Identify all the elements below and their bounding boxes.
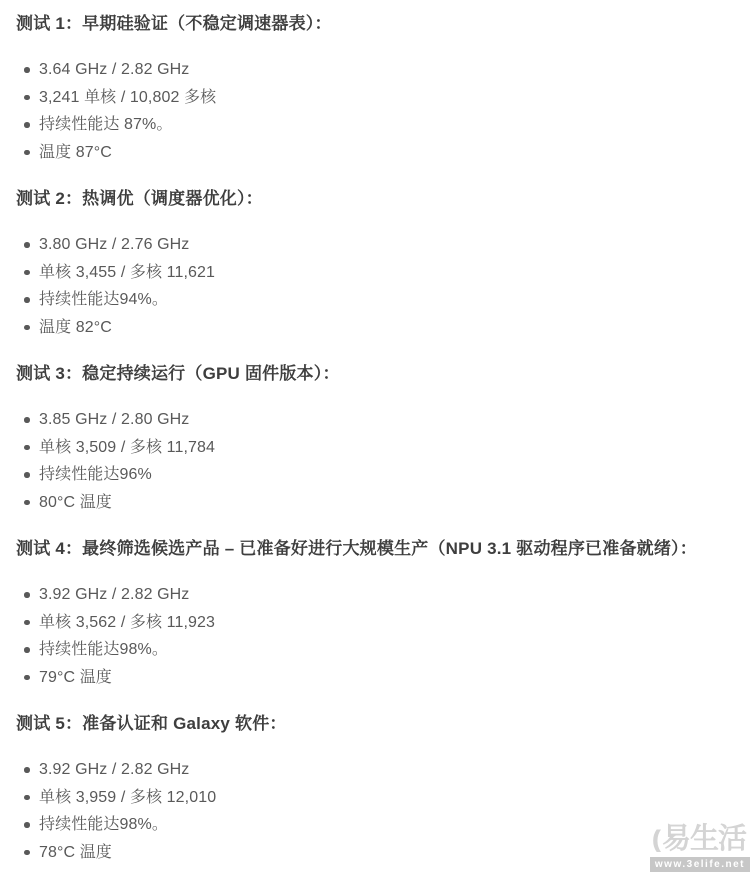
- bullet-dot-icon: [24, 850, 30, 856]
- list-item: 持续性能达96%: [16, 461, 730, 489]
- list-item: 单核 3,509 / 多核 11,784: [16, 434, 730, 462]
- bullet-dot-icon: [24, 242, 30, 248]
- list-item: 温度 87°C: [16, 139, 730, 167]
- spec-list: 3.92 GHz / 2.82 GHz 单核 3,959 / 多核 12,010…: [16, 756, 730, 866]
- bullet-dot-icon: [24, 150, 30, 156]
- spec-list: 3.85 GHz / 2.80 GHz 单核 3,509 / 多核 11,784…: [16, 406, 730, 516]
- watermark-url: www.3elife.net: [650, 857, 750, 872]
- spec-text: 单核 3,509 / 多核 11,784: [39, 439, 215, 456]
- list-item: 温度 82°C: [16, 314, 730, 342]
- watermark-logo-text: 易生活: [662, 823, 746, 855]
- spec-text: 持续性能达94%。: [39, 291, 168, 308]
- spec-list: 3.64 GHz / 2.82 GHz 3,241 单核 / 10,802 多核…: [16, 56, 730, 166]
- spec-text: 持续性能达98%。: [39, 641, 168, 658]
- spec-text: 78°C 温度: [39, 844, 112, 861]
- list-item: 持续性能达 87%。: [16, 111, 730, 139]
- bullet-dot-icon: [24, 500, 30, 506]
- test-section-1: 测试 1：早期硅验证（不稳定调速器表）： 3.64 GHz / 2.82 GHz…: [16, 12, 730, 166]
- list-item: 3.85 GHz / 2.80 GHz: [16, 406, 730, 434]
- sound-wave-icon: ((: [652, 826, 662, 853]
- test-section-2: 测试 2：热调优（调度器优化）： 3.80 GHz / 2.76 GHz 单核 …: [16, 187, 730, 341]
- section-title: 测试 4：最终筛选候选产品 – 已准备好进行大规模生产（NPU 3.1 驱动程序…: [16, 537, 730, 560]
- bullet-dot-icon: [24, 270, 30, 276]
- article-content: 测试 1：早期硅验证（不稳定调速器表）： 3.64 GHz / 2.82 GHz…: [0, 0, 750, 874]
- spec-text: 3,241 单核 / 10,802 多核: [39, 89, 216, 106]
- bullet-dot-icon: [24, 67, 30, 73]
- spec-text: 79°C 温度: [39, 669, 112, 686]
- bullet-dot-icon: [24, 472, 30, 478]
- spec-text: 3.85 GHz / 2.80 GHz: [39, 411, 189, 428]
- bullet-dot-icon: [24, 417, 30, 423]
- spec-text: 持续性能达96%: [39, 466, 152, 483]
- list-item: 持续性能达94%。: [16, 286, 730, 314]
- bullet-dot-icon: [24, 445, 30, 451]
- section-title: 测试 3：稳定持续运行（GPU 固件版本）：: [16, 362, 730, 385]
- spec-text: 单核 3,562 / 多核 11,923: [39, 614, 215, 631]
- list-item: 3.64 GHz / 2.82 GHz: [16, 56, 730, 84]
- bullet-dot-icon: [24, 297, 30, 303]
- list-item: 3,241 单核 / 10,802 多核: [16, 84, 730, 112]
- test-section-5: 测试 5：准备认证和 Galaxy 软件： 3.92 GHz / 2.82 GH…: [16, 712, 730, 866]
- test-section-4: 测试 4：最终筛选候选产品 – 已准备好进行大规模生产（NPU 3.1 驱动程序…: [16, 537, 730, 691]
- list-item: 持续性能达98%。: [16, 636, 730, 664]
- bullet-dot-icon: [24, 795, 30, 801]
- test-section-3: 测试 3：稳定持续运行（GPU 固件版本）： 3.85 GHz / 2.80 G…: [16, 362, 730, 516]
- bullet-dot-icon: [24, 95, 30, 101]
- list-item: 3.92 GHz / 2.82 GHz: [16, 756, 730, 784]
- list-item: 3.92 GHz / 2.82 GHz: [16, 581, 730, 609]
- spec-text: 单核 3,455 / 多核 11,621: [39, 264, 215, 281]
- spec-text: 80°C 温度: [39, 494, 112, 511]
- list-item: 78°C 温度: [16, 839, 730, 867]
- spec-list: 3.92 GHz / 2.82 GHz 单核 3,562 / 多核 11,923…: [16, 581, 730, 691]
- spec-list: 3.80 GHz / 2.76 GHz 单核 3,455 / 多核 11,621…: [16, 231, 730, 341]
- spec-text: 3.80 GHz / 2.76 GHz: [39, 236, 189, 253]
- list-item: 80°C 温度: [16, 489, 730, 517]
- spec-text: 持续性能达 87%。: [39, 116, 172, 133]
- bullet-dot-icon: [24, 822, 30, 828]
- bullet-dot-icon: [24, 647, 30, 653]
- spec-text: 3.92 GHz / 2.82 GHz: [39, 761, 189, 778]
- bullet-dot-icon: [24, 122, 30, 128]
- spec-text: 温度 82°C: [39, 319, 112, 336]
- section-title: 测试 1：早期硅验证（不稳定调速器表）：: [16, 12, 730, 35]
- list-item: 持续性能达98%。: [16, 811, 730, 839]
- bullet-dot-icon: [24, 592, 30, 598]
- bullet-dot-icon: [24, 767, 30, 773]
- bullet-dot-icon: [24, 620, 30, 626]
- list-item: 79°C 温度: [16, 664, 730, 692]
- section-title: 测试 2：热调优（调度器优化）：: [16, 187, 730, 210]
- watermark: ((易生活 www.3elife.net: [650, 823, 750, 872]
- spec-text: 持续性能达98%。: [39, 816, 168, 833]
- spec-text: 单核 3,959 / 多核 12,010: [39, 789, 216, 806]
- watermark-logo: ((易生活: [650, 823, 750, 856]
- bullet-dot-icon: [24, 675, 30, 681]
- list-item: 3.80 GHz / 2.76 GHz: [16, 231, 730, 259]
- spec-text: 3.92 GHz / 2.82 GHz: [39, 586, 189, 603]
- spec-text: 3.64 GHz / 2.82 GHz: [39, 61, 189, 78]
- list-item: 单核 3,562 / 多核 11,923: [16, 609, 730, 637]
- bullet-dot-icon: [24, 325, 30, 331]
- list-item: 单核 3,455 / 多核 11,621: [16, 259, 730, 287]
- spec-text: 温度 87°C: [39, 144, 112, 161]
- section-title: 测试 5：准备认证和 Galaxy 软件：: [16, 712, 730, 735]
- list-item: 单核 3,959 / 多核 12,010: [16, 784, 730, 812]
